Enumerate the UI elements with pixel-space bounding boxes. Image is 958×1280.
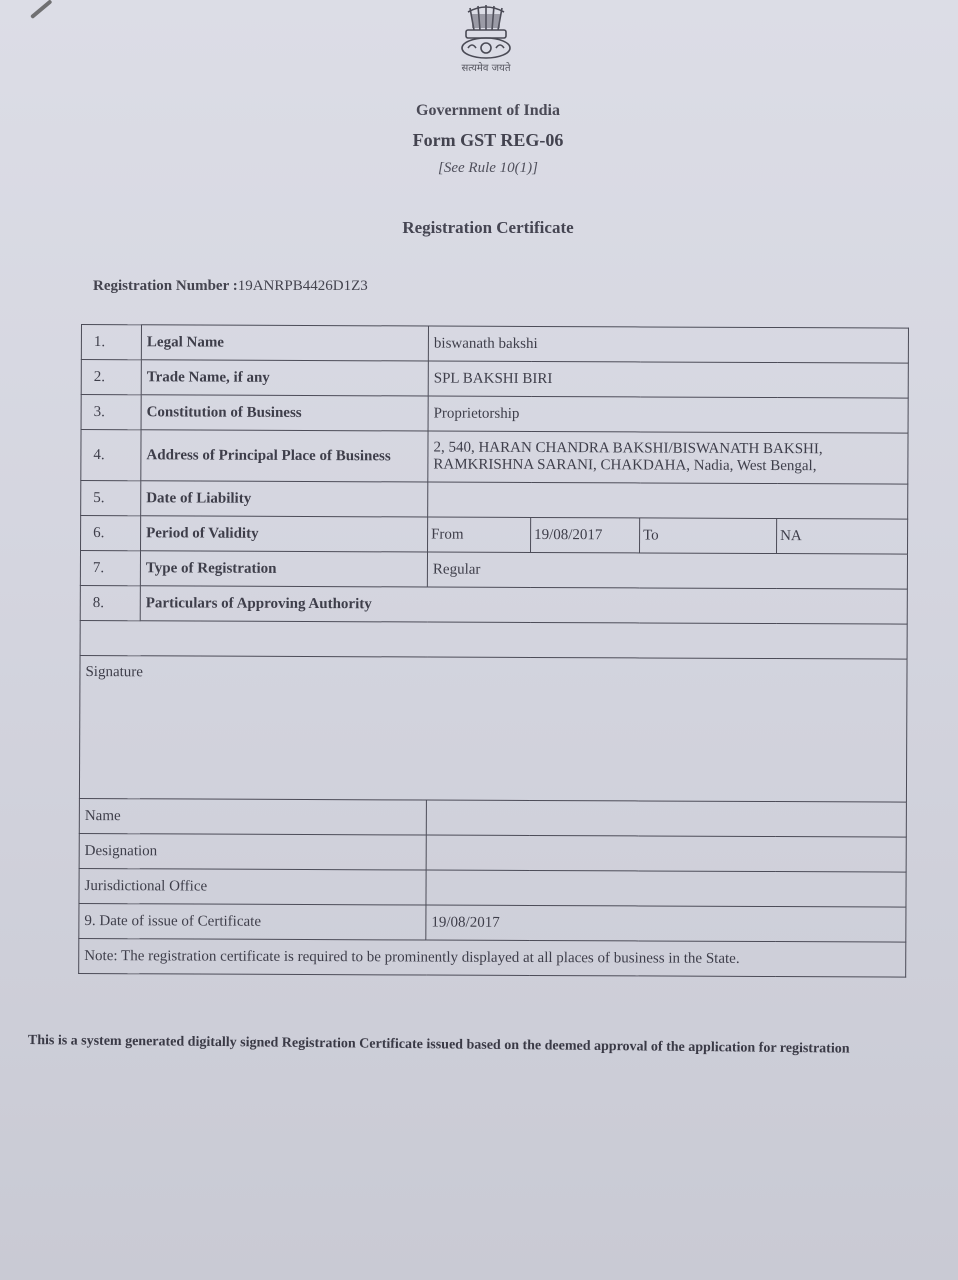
certificate-title: Registration Certificate (0, 218, 958, 238)
row-number: 6. (81, 516, 141, 551)
table-row: 7. Type of Registration Regular (80, 551, 907, 590)
date-of-liability-label: Date of Liability (141, 481, 428, 517)
date-of-liability-value (428, 482, 908, 519)
registration-number-value: 19ANRPB4426D1Z3 (238, 278, 368, 294)
row-number: 3. (81, 395, 141, 430)
signature-field: Signature (79, 655, 907, 802)
table-row: 1. Legal Name biswanath bakshi (81, 325, 908, 364)
row-number: 1. (81, 325, 141, 360)
form-name: Form GST REG-06 (0, 130, 958, 151)
trade-name-value: SPL BAKSHI BIRI (428, 361, 908, 398)
registration-number: Registration Number :19ANRPB4426D1Z3 (93, 278, 368, 295)
registration-number-label: Registration Number : (93, 278, 238, 294)
validity-label: Period of Validity (141, 516, 428, 552)
jurisdictional-office-label: Jurisdictional Office (79, 868, 426, 905)
table-row: Signature (79, 655, 907, 802)
table-row (80, 620, 907, 659)
legal-name-label: Legal Name (141, 325, 428, 361)
row-number: 4. (81, 430, 141, 481)
constitution-value: Proprietorship (428, 396, 908, 433)
designation-value (426, 835, 906, 872)
registration-type-value: Regular (427, 552, 907, 589)
rule-reference: [See Rule 10(1)] (0, 160, 958, 177)
validity-to-label: To (640, 518, 777, 554)
table-row: 5. Date of Liability (81, 481, 908, 520)
table-row: Jurisdictional Office (79, 868, 906, 907)
pen-mark (30, 0, 52, 19)
row-number: 7. (80, 551, 140, 586)
certificate-page: सत्यमेव जयते Government of India Form GS… (0, 0, 958, 1280)
address-line-2: RAMKRISHNA SARANI, CHAKDAHA, Nadia, West… (433, 457, 902, 476)
table-row: Designation (79, 833, 906, 872)
validity-to-value: NA (777, 519, 908, 555)
government-heading: Government of India (0, 102, 958, 120)
trade-name-label: Trade Name, if any (141, 360, 428, 396)
validity-from-label: From (428, 517, 531, 552)
approving-authority-label: Particulars of Approving Authority (140, 586, 907, 624)
motto: सत्यमेव जयते (446, 60, 526, 74)
table-row: 4. Address of Principal Place of Busines… (81, 430, 908, 485)
table-row: 8. Particulars of Approving Authority (80, 585, 907, 624)
table-row: 3. Constitution of Business Proprietorsh… (81, 395, 908, 434)
table-row: Note: The registration certificate is re… (79, 938, 906, 977)
address-value: 2, 540, HARAN CHANDRA BAKSHI/BISWANATH B… (428, 431, 908, 484)
row-number: 8. (80, 585, 140, 620)
table-row: 9. Date of issue of Certificate 19/08/20… (79, 903, 906, 942)
authority-name-value (426, 800, 906, 837)
blank-row (80, 620, 907, 659)
table-row: Name (79, 798, 906, 837)
table-row: 2. Trade Name, if any SPL BAKSHI BIRI (81, 360, 908, 399)
issue-date-label: 9. Date of issue of Certificate (79, 903, 426, 940)
address-label: Address of Principal Place of Business (141, 430, 428, 482)
validity-from-value: 19/08/2017 (531, 517, 640, 552)
designation-label: Designation (79, 833, 426, 870)
address-line-1: 2, 540, HARAN CHANDRA BAKSHI/BISWANATH B… (433, 440, 902, 459)
registration-type-label: Type of Registration (140, 551, 427, 587)
national-emblem-icon (456, 4, 516, 62)
row-number: 2. (81, 360, 141, 395)
certificate-table: 1. Legal Name biswanath bakshi 2. Trade … (78, 324, 909, 978)
issue-date-value: 19/08/2017 (426, 905, 906, 942)
legal-name-value: biswanath bakshi (428, 326, 908, 363)
row-number: 5. (81, 481, 141, 516)
display-note: Note: The registration certificate is re… (79, 938, 906, 977)
table-row: 6. Period of Validity From 19/08/2017 To… (81, 516, 908, 555)
jurisdictional-office-value (426, 870, 906, 907)
authority-name-label: Name (79, 798, 426, 835)
constitution-label: Constitution of Business (141, 395, 428, 431)
system-generated-note: This is a system generated digitally sig… (28, 1030, 888, 1061)
